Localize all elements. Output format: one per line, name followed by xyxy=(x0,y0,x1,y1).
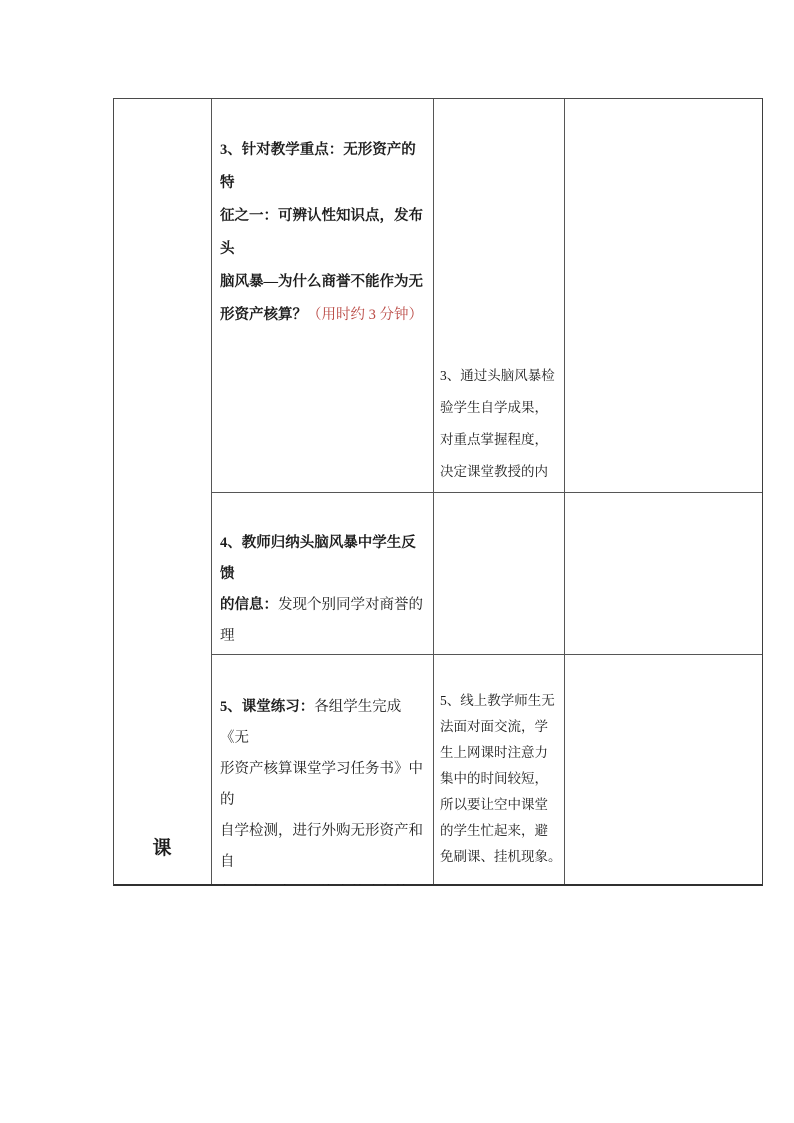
activity-text-bold: 5、课堂练习： xyxy=(220,699,314,715)
document-page: 课 中 3、针对教学重点：无形资产的特 征之一：可辨认性知识点，发布头 脑风暴—… xyxy=(0,0,794,1123)
intent-cell-online-teaching: 5、线上教学师生无 法面对面交流，学 生上网课时注意力 集中的时间较短， 所以要… xyxy=(434,655,564,885)
activity-cell-class-exercise: 5、课堂练习：各组学生完成《无 形资产核算课堂学习任务书》中的 自学检测，进行外… xyxy=(212,655,433,885)
notes-column-empty xyxy=(565,99,764,885)
phase-cell-lesson-middle: 课 中 xyxy=(114,99,211,885)
intent-cell-empty xyxy=(434,493,564,654)
intent-cell-brainstorm-check: 3、通过头脑风暴检 验学生自学成果， 对重点掌握程度， 决定课堂教授的内 容。 xyxy=(434,99,564,492)
lesson-plan-table: 课 中 3、针对教学重点：无形资产的特 征之一：可辨认性知识点，发布头 脑风暴—… xyxy=(113,98,763,886)
activity-cell-teacher-summary: 4、教师归纳头脑风暴中学生反馈 的信息：发现个别同学对商誉的理 解比较模糊，举例… xyxy=(212,493,433,654)
intent-text: 5、线上教学师生无 法面对面交流，学 生上网课时注意力 集中的时间较短， 所以要… xyxy=(440,693,562,864)
activity-duration: （用时约 3 分钟） xyxy=(307,307,423,323)
intent-text: 3、通过头脑风暴检 验学生自学成果， 对重点掌握程度， 决定课堂教授的内 容。 xyxy=(440,368,555,492)
activity-text-bold: 3、针对教学重点：无形资产的特 征之一：可辨认性知识点，发布头 脑风暴—为什么商… xyxy=(220,142,423,323)
activity-text-normal: 各组学生完成《无 形资产核算课堂学习任务书》中的 自学检测，进行外购无形资产和自… xyxy=(220,699,423,885)
phase-label: 课 中 xyxy=(152,838,172,885)
activity-cell-brainstorm: 3、针对教学重点：无形资产的特 征之一：可辨认性知识点，发布头 脑风暴—为什么商… xyxy=(212,99,433,492)
